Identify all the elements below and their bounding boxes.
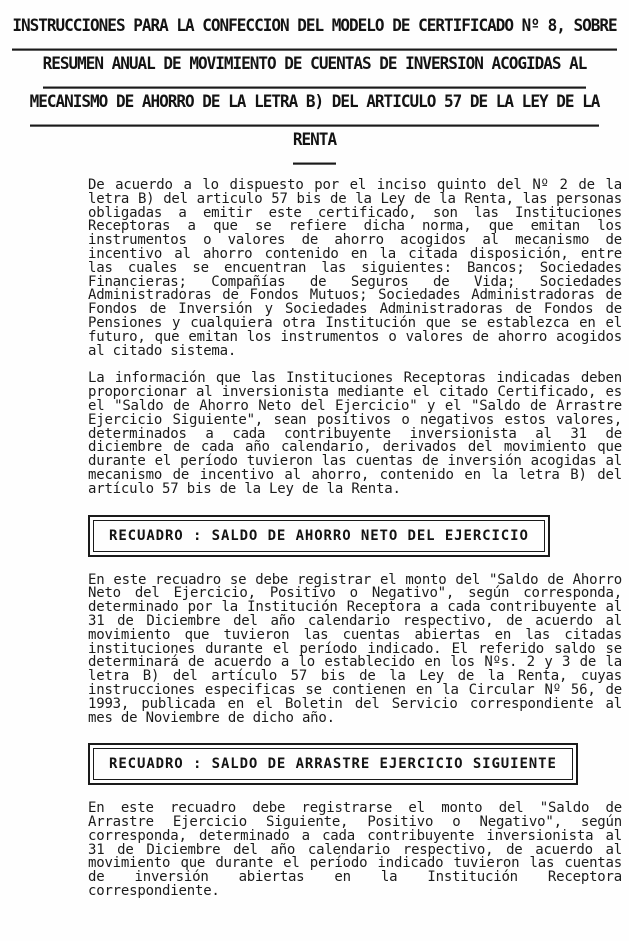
title-line-wrap: RESUMEN ANUAL DE MOVIMIENTO DE CUENTAS D… [0, 45, 629, 83]
recuadro-saldo-ahorro-neto-box: RECUADRO : SALDO DE AHORRO NETO DEL EJER… [88, 515, 550, 557]
document-title: INSTRUCCIONES PARA LA CONFECCION DEL MOD… [0, 7, 629, 159]
recuadro-saldo-arrastre-box: RECUADRO : SALDO DE ARRASTRE EJERCICIO S… [88, 743, 578, 785]
title-line-wrap: MECANISMO DE AHORRO DE LA LETRA B) DEL A… [0, 83, 629, 121]
paragraph-information-to-report: La información que las Instituciones Rec… [88, 372, 622, 496]
paragraph-saldo-arrastre-instructions: En este recuadro debe registrarse el mon… [88, 802, 622, 899]
paragraph-saldo-ahorro-neto-instructions: En este recuadro se debe registrar el mo… [88, 574, 622, 726]
title-line-wrap: INSTRUCCIONES PARA LA CONFECCION DEL MOD… [0, 7, 629, 45]
recuadro-saldo-arrastre-label: RECUADRO : SALDO DE ARRASTRE EJERCICIO S… [93, 748, 573, 780]
paragraph-obligated-institutions: De acuerdo a lo dispuesto por el inciso … [88, 179, 622, 358]
title-line-4: RENTA [293, 119, 336, 164]
recuadro-saldo-ahorro-neto-label: RECUADRO : SALDO DE AHORRO NETO DEL EJER… [93, 520, 545, 552]
document-body: De acuerdo a lo dispuesto por el inciso … [0, 179, 629, 899]
title-line-wrap: RENTA [0, 121, 629, 159]
document-page: INSTRUCCIONES PARA LA CONFECCION DEL MOD… [0, 0, 629, 941]
